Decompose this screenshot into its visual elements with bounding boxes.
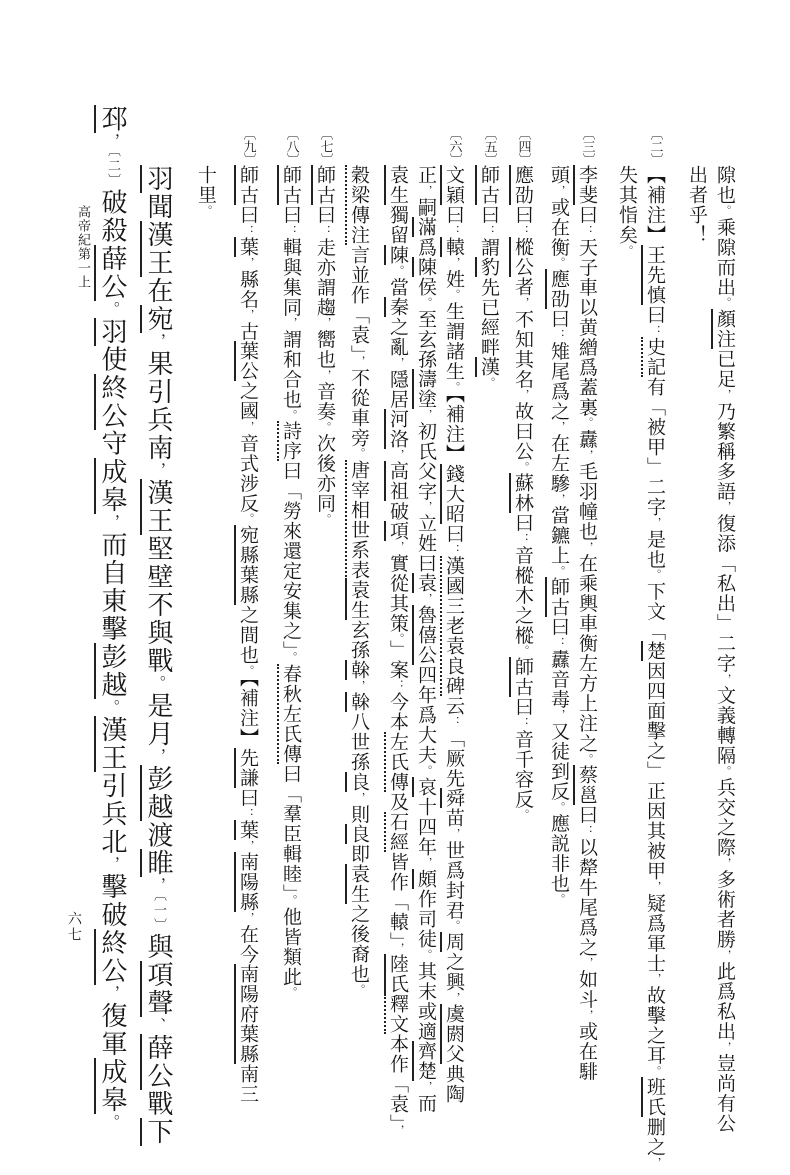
text-run: 頭，或在衡。 [548,165,570,269]
text-run: 即 [348,844,370,864]
text-run: 曰 [314,205,336,225]
text-run: 頭 [548,165,570,185]
proper-noun-marked: 袁生 [384,165,409,205]
text-run: 不從車旁 [348,368,370,448]
note-column: 穀梁傳注言並作「袁」，不從車旁。唐宰相世系表袁生玄孫榦，榦八世孫良，則良即袁生之… [346,165,372,996]
punctuation: ， [420,857,433,869]
proper-noun-marked: 漢王 [140,479,173,535]
text-run: 不知其名 [512,309,534,389]
text-run: 曰：音樅木之樅。 [512,513,534,657]
punctuation: 。 [553,565,566,577]
punctuation: ， [649,881,662,893]
text-run: 典陶 [443,1064,465,1104]
book-title-marked: 唐宰相世系表 [345,460,370,580]
proper-noun-marked: 袁生 [345,864,370,904]
proper-noun-marked: 南陽縣 [234,852,259,912]
text-run: 曰 [478,205,500,225]
text-run: 復軍 [97,1002,127,1058]
text-run: 使 [97,346,127,374]
proper-noun-marked: 師古 [509,657,534,697]
book-title-marked: 史記 [641,337,666,377]
text-run: 擊破 [97,873,127,929]
punctuation: ， [719,501,732,513]
text-run: 至玄孫 [415,309,437,369]
punctuation: ， [392,449,405,461]
proper-noun-marked: 師古 [277,165,302,205]
punctuation: 。 [553,893,566,905]
main-text-column: 羽聞漢王在宛，果引兵南，漢王堅壁不與戰。是月，彭越渡睢，〔一〕與項聲、薛公戰下 [140,165,176,1146]
text-run: 疑爲軍士 [644,893,666,973]
text-run: 在左驂 [548,433,570,493]
proper-noun-marked: 蘇林 [509,473,534,513]
text-run: 堅壁不與戰 [143,535,173,675]
proper-noun-marked: 終公 [94,374,127,430]
text-run: 已足，乃繁稱多語，復添「私出」二字，文義轉隔。兵交之際，多術者勝，此爲私出，豈尚… [714,349,736,1133]
text-run: 纛 [576,429,598,449]
proper-noun-marked: 下 [140,1118,173,1146]
punctuation: ： [242,225,255,237]
text-run: 聞 [143,193,173,221]
text-run: 則 [348,804,370,824]
proper-noun-marked: 滿 [412,217,437,237]
text-run: 生謂諸生 [443,301,465,381]
text-run: 當鑣上 [548,505,570,565]
text-run: 如斗 [576,969,598,1009]
proper-noun-marked: 錢大昭 [440,464,465,524]
text-run: 曰：走亦謂趨，嚮也，音奏。次後亦同。 [314,205,336,525]
text-run: 渡 [143,821,173,849]
punctuation: ， [719,389,732,401]
text-run: 獨留 [387,205,409,245]
text-run: 守 [97,430,127,458]
punctuation: ， [353,680,366,692]
punctuation: 。 [553,257,566,269]
text-run: 十里 [195,165,217,205]
text-run: 引兵北，擊破 [97,772,127,929]
text-run: 故擊之耳 [644,985,666,1065]
punctuation: 。 [517,461,530,473]
punctuation: 。 [621,245,634,257]
punctuation: 。 [553,801,566,813]
proper-noun-marked: 邳 [94,105,127,133]
text-run: 纛音毒 [548,649,570,709]
text-run: 立姓曰 [415,513,437,573]
text-run: 。 [478,377,500,389]
text-run: 。 [97,1114,127,1131]
text-run: 以犛牛尾爲之 [576,837,598,957]
proper-noun-marked: 彭越 [94,643,127,699]
punctuation: ， [420,501,433,513]
text-run: 今本 [387,692,409,732]
text-run: 縣名 [237,269,259,309]
punctuation: ， [517,389,530,401]
text-run: 先已經畔 [478,277,500,357]
proper-noun-marked: 陳 [384,245,409,265]
text-run: 之後裔也 [348,904,370,984]
punctuation: 。 [448,289,461,301]
text-run: 作司徒 [415,889,437,949]
note-column: 出者乎！ [684,165,710,245]
text-run: 故曰公 [512,401,534,461]
text-run: 玄孫 [348,620,370,660]
punctuation: ， [448,257,461,269]
punctuation: 。 [200,205,213,217]
text-run: 八世孫 [348,712,370,772]
punctuation: 。 [103,301,121,318]
text-run: ，而自東擊 [97,514,127,643]
note-column: 〔四〕應劭曰：樅公者，不知其名，故曰公。蘇林曰：音樅木之樅。師古曰：音千容反。 [510,165,536,821]
punctuation: 。 [420,949,433,961]
text-run: 有「被甲」二字 [644,377,666,517]
proper-noun-marked: 葉 [234,237,259,257]
proper-noun-marked: 睢 [140,849,173,877]
punctuation: 。 [448,381,461,393]
proper-noun-marked: 良 [345,824,370,844]
text-run: 曰：雉尾爲之，在左驂，當鑣上。 [548,309,570,577]
text-run: 在今 [237,924,259,964]
punctuation: ， [103,985,121,1002]
punctuation: 。 [392,265,405,277]
text-run: 曰「勞來還定安集之」。 [280,461,302,664]
note-number-label: 〔四〕 [514,127,533,166]
text-run: 文義轉隔 [714,685,736,765]
text-run: 破 [387,501,409,521]
text-run: 曰 [512,205,534,225]
proper-noun-marked: 蔡邕 [573,765,598,805]
punctuation: ： [483,225,496,237]
note-number-label: 〔五〕 [480,127,499,166]
note-number-label: 〔八〕 [282,127,301,166]
punctuation: ， [353,792,366,804]
punctuation: 。 [242,665,255,677]
text-run: 先已經畔 [478,277,500,357]
text-run: 之興， [443,952,465,1004]
text-run: 曰： [237,205,259,237]
note-number-label: 〔六〕 [445,127,464,166]
text-run: 曰 [443,524,465,544]
text-run: 破殺 [97,189,127,245]
text-run: 皆作「轅」 [387,852,409,943]
proper-noun-marked: 濤塗 [412,369,437,409]
punctuation: ： [517,533,530,545]
text-run: 曰 [443,205,465,225]
proper-noun-marked: 齊 [412,1041,437,1061]
text-run: 曰： [644,305,666,337]
book-title-marked: 釋文 [384,994,409,1034]
punctuation: ， [149,333,167,350]
text-run: 次後亦同 [314,433,336,513]
text-run: 曰「羣臣輯睦」 [280,764,302,895]
note-column: 〔七〕師古曰：走亦謂趨，嚮也，音奏。次後亦同。 [312,165,338,525]
text-run: 南三 [237,1064,259,1104]
text-run: 堅壁不與戰。是月， [143,535,173,765]
text-run: 曰 [576,805,598,825]
text-run: 典陶 [443,1064,465,1104]
text-run: 曰「勞來還定安集之」 [280,461,302,652]
text-run: 隙也 [714,165,736,205]
text-run: 戰 [143,1090,173,1118]
text-run: 爲 [415,237,437,257]
punctuation: ： [242,808,255,820]
proper-noun-marked: 應劭 [545,269,570,309]
text-run: 下文「 [644,581,666,641]
text-run: 與 [143,933,173,961]
text-run: ， [143,877,173,894]
punctuation: ， [448,992,461,1004]
punctuation: 。 [149,675,167,692]
text-run: 之間也 [237,605,259,665]
note-ref-marker: 〔二〕 [105,150,120,189]
text-run: 他皆類此 [280,906,302,986]
text-run: 與 [143,933,173,961]
text-run: 天子車以黄繒爲蓋裏 [576,237,598,417]
punctuation: ， [581,1009,594,1021]
text-run: 曰： [237,788,259,820]
text-run: 之亂，隱居 [387,317,409,409]
proper-noun-marked: 虞閼父 [440,1004,465,1064]
text-run: 當 [387,277,409,297]
text-run: 走亦謂趨 [314,237,336,317]
text-run: 此爲私出 [714,961,736,1041]
proper-noun-marked: 周 [440,932,465,952]
text-run: 曰 [548,309,570,329]
text-run: 守 [97,430,127,458]
text-run: 毛羽幢也 [576,461,598,541]
proper-noun-marked: 漢 [475,357,500,377]
text-run: 古 [237,321,259,341]
proper-noun-marked: 楚 [641,641,666,661]
text-run: 曰： [512,205,534,237]
text-run: 南三 [237,1064,259,1104]
punctuation: ， [420,185,433,197]
proper-noun-marked: 師古 [475,165,500,205]
book-page: 隙也。乘隙而出。顏注已足，乃繁稱多語，復添「私出」二字，文義轉隔。兵交之際，多術… [0,0,790,1175]
note-column: 袁生獨留陳。當秦之亂，隱居河洛，高祖破項，實從其策。」案：今本左氏傳及石經皆作「… [385,165,411,1137]
punctuation: 。 [719,297,732,309]
punctuation: ： [319,225,332,237]
text-run: 使 [97,346,127,374]
text-run: 曰 [512,697,534,717]
text-run: 是也 [644,529,666,569]
punctuation: ， [517,297,530,309]
proper-noun-marked: 先謙 [234,748,259,788]
text-run: 玄孫 [348,620,370,660]
text-run: ， [387,449,409,461]
proper-noun-marked: 李斐 [573,165,598,205]
text-run: 乘隙而出 [714,217,736,297]
text-run: ， [97,133,127,150]
text-run: ，果引兵南， [143,333,173,479]
text-run: 乃繁稱多語 [714,401,736,501]
proper-noun-marked: 頗 [412,869,437,889]
text-run: ，縣名，古 [237,257,259,341]
text-run: 四年爲大夫。 [415,665,437,777]
punctuation: 。 [649,569,662,581]
proper-noun-marked: 終公 [94,929,127,985]
text-run: 世爲封君 [443,840,465,920]
text-run: 「厥先 [443,728,465,788]
note-column: 隙也。乘隙而出。顏注已足，乃繁稱多語，復添「私出」二字，文義轉隔。兵交之際，多術… [712,165,738,1133]
note-column: 〔二〕【補注】王先慎曰：史記有「被甲」二字，是也。下文「楚因四面擊之」正因其被甲… [642,165,668,1169]
text-run: 侯。至玄孫 [415,277,437,369]
punctuation: ， [649,1157,662,1169]
punctuation: 。 [517,645,530,657]
punctuation: 。 [420,297,433,309]
punctuation: 。 [483,377,496,389]
text-run: 曰： [443,205,465,237]
punctuation: ， [103,856,121,873]
punctuation: ， [392,1125,405,1137]
text-run: 云 [443,696,465,716]
text-run: 四年爲大夫 [415,665,437,765]
punctuation: 。 [353,448,366,460]
note-number-label: 〔三〕 [578,127,597,166]
text-run: 聞 [143,193,173,221]
proper-noun-marked: 薛公 [140,1034,173,1090]
text-run: 獨留 [387,205,409,245]
punctuation: 。 [719,765,732,777]
proper-noun-marked: 文穎 [440,165,465,205]
punctuation: ， [581,957,594,969]
text-run: 之國，音式涉反。 [237,381,259,525]
punctuation: ， [103,133,121,150]
text-run: 失其恉矣。 [616,165,638,257]
text-run: ，在今 [237,912,259,964]
text-run: 在 [143,277,173,305]
text-run: 」案 [387,640,409,680]
punctuation: ， [392,541,405,553]
punctuation: 。 [285,986,298,998]
punctuation: ， [242,912,255,924]
punctuation: ： [517,225,530,237]
text-run: 引兵北 [97,772,127,856]
note-number-label: 〔七〕 [316,127,335,166]
punctuation: ， [553,493,566,505]
text-run: 破 [387,501,409,521]
text-run: 音千容反 [512,729,534,809]
text-run: 【補注】 [644,165,666,245]
text-run: 出者乎！ [686,165,708,245]
punctuation: ， [553,709,566,721]
text-run: 即 [348,844,370,864]
proper-noun-marked: 陸氏 [384,954,409,994]
punctuation: ： [448,716,461,728]
text-run: 十四年， [415,797,437,869]
text-run: 在乘輿車衡左方上注之 [576,553,598,753]
text-run: 本作「袁」， [387,1034,409,1137]
note-column: 〔五〕師古曰：謂豹先已經畔漢。 [476,165,502,389]
text-run: 正，嗣 [415,165,437,217]
punctuation: 。 [285,652,298,664]
proper-noun-marked: 魯僖公 [412,605,437,665]
text-run: 戰 [143,1090,173,1118]
punctuation: 。 [319,513,332,525]
text-run: 破殺 [97,189,127,245]
text-run: 是月 [143,692,173,748]
punctuation: ： [517,717,530,729]
proper-noun-marked: 項 [384,521,409,541]
proper-noun-marked: 楚 [412,1061,437,1081]
punctuation: ： [649,325,662,337]
proper-noun-marked: 豹 [475,257,500,277]
text-run: 侯 [415,277,437,297]
text-run: 者 [512,277,534,297]
proper-noun-marked: 榦 [345,660,370,680]
note-number-label: 〔九〕 [239,127,258,166]
punctuation: ， [149,462,167,479]
text-run: 正 [415,165,437,185]
text-run: 苗 [443,808,465,828]
text-run: 曰：纛音毒，又徒到反。應説非也。 [548,617,570,905]
text-run: 作司徒。其末或適 [415,889,437,1041]
text-run: 隙也。乘隙而出。 [714,165,736,309]
note-column: 〔六〕文穎曰：轅，姓。生謂諸生。【補注】錢大昭曰：漢國三老袁良碑云：「厥先舜苗，… [441,165,467,1104]
punctuation: ， [353,356,366,368]
text-run: 曰 [280,205,302,225]
proper-noun-marked: 轅 [440,237,465,257]
proper-noun-marked: 河 [384,409,409,429]
punctuation: 。 [420,765,433,777]
text-run: 曰：謂 [478,205,500,257]
proper-noun-marked: 漢王 [94,716,127,772]
punctuation: ， [149,877,167,894]
text-run: 苗，世爲封君。 [443,808,465,932]
punctuation: 。 [581,417,594,429]
text-run: ，姓。生謂諸生。【補注】 [443,257,465,464]
note-column: 〔八〕師古曰：輯與集同，謂和合也。詩序曰「勞來還定安集之」。春秋左氏傳曰「羣臣輯… [278,165,304,998]
text-run: 輯與集同 [280,237,302,317]
proper-noun-marked: 薛公 [94,245,127,301]
text-run: 之亂 [387,317,409,357]
text-run: 曰：以犛牛尾爲之，如斗，或在騑 [576,805,598,1081]
text-run: 豈尚有公 [714,1053,736,1133]
text-run: 者，不知其名，故曰公。 [512,277,534,473]
punctuation: ， [420,593,433,605]
punctuation: ， [392,942,405,954]
proper-noun-marked: 袁生 [345,580,370,620]
proper-noun-marked: 王先慎 [641,245,666,305]
text-run: 之興 [443,952,465,992]
proper-noun-marked: 秦 [384,297,409,317]
text-run: ，則 [348,792,370,824]
book-title-marked: 石經 [384,812,409,852]
punctuation: ， [719,1041,732,1053]
text-run: ，初氏父字，立姓曰 [415,409,437,573]
punctuation: 。 [581,753,594,765]
proper-noun-marked: 項聲 [140,961,173,1017]
punctuation: ： [285,225,298,237]
book-title-marked: 左氏傳 [384,732,409,792]
text-run: 。 [97,301,127,318]
text-run: 復添「私出」二字 [714,513,736,673]
punctuation: ， [242,309,255,321]
text-run: 雉尾爲之 [548,341,570,421]
proper-noun-marked: 葉 [234,820,259,840]
punctuation: ： [448,544,461,556]
proper-noun-marked: 葉公 [234,341,259,381]
punctuation: ， [649,973,662,985]
punctuation: 。 [719,205,732,217]
punctuation: 。 [103,699,121,716]
text-run: 。當 [387,265,409,297]
text-run: 十里。 [195,165,217,217]
text-run: 音樅木之樅 [512,545,534,645]
punctuation: ， [103,514,121,531]
text-run: 渡 [143,821,173,849]
book-title-marked: 春秋左氏傳 [277,664,302,764]
text-run: 兵交之際 [714,777,736,857]
text-run: 之國 [237,381,259,421]
